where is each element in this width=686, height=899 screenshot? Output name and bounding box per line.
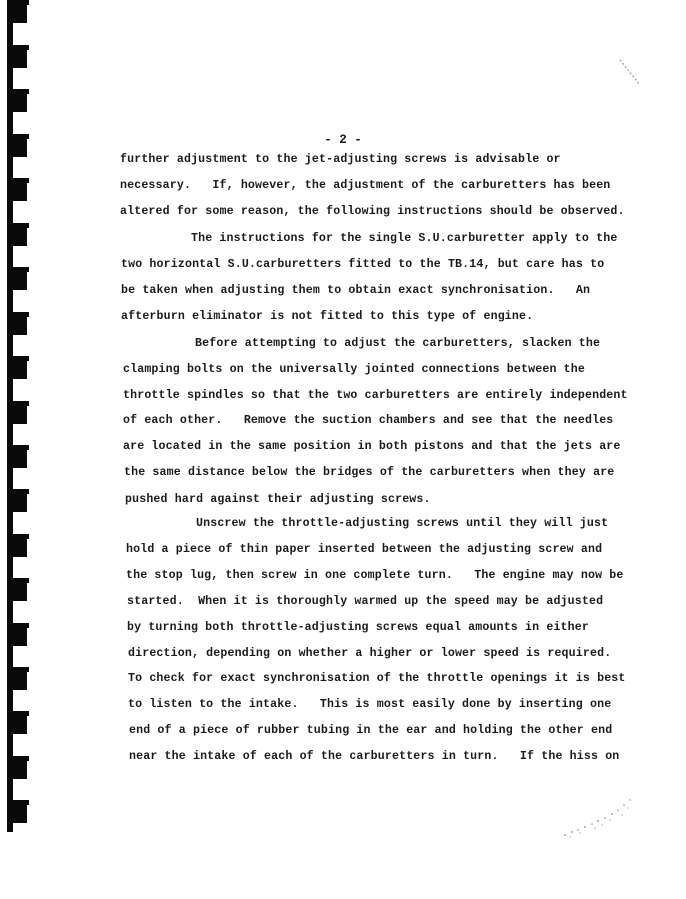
comb-binding-strip [0, 0, 30, 835]
text-line: be taken when adjusting them to obtain e… [121, 284, 590, 297]
binding-tab [7, 178, 27, 201]
binding-tab [7, 711, 27, 734]
page-number: - 2 - [0, 133, 686, 147]
text-line: of each other. Remove the suction chambe… [123, 414, 613, 427]
binding-tab [7, 0, 27, 23]
text-line: the same distance below the bridges of t… [124, 466, 614, 479]
binding-tab [7, 534, 27, 557]
binding-tab [7, 756, 27, 779]
binding-tab [7, 356, 27, 379]
text-line: pushed hard against their adjusting scre… [125, 493, 431, 506]
text-line: further adjustment to the jet-adjusting … [120, 153, 561, 166]
text-line: started. When it is thoroughly warmed up… [127, 595, 603, 608]
text-line: To check for exact synchronisation of th… [128, 672, 626, 685]
text-line: altered for some reason, the following i… [120, 205, 625, 218]
binding-tab [7, 267, 27, 290]
text-line: Unscrew the throttle-adjusting screws un… [196, 517, 608, 530]
binding-tab [7, 45, 27, 68]
text-line: by turning both throttle-adjusting screw… [127, 621, 589, 634]
text-line: direction, depending on whether a higher… [128, 647, 611, 660]
text-line: afterburn eliminator is not fitted to th… [121, 310, 533, 323]
text-line: clamping bolts on the universally jointe… [123, 363, 585, 376]
text-line: to listen to the intake. This is most ea… [128, 698, 611, 711]
text-line: near the intake of each of the carburett… [129, 750, 619, 763]
text-line: are located in the same position in both… [123, 440, 621, 453]
scan-artifact-bottom-right [550, 790, 650, 850]
binding-tab [7, 667, 27, 690]
text-line: hold a piece of thin paper inserted betw… [126, 543, 602, 556]
text-line: end of a piece of rubber tubing in the e… [129, 724, 612, 737]
binding-tab [7, 445, 27, 468]
scan-artifact-top-right [615, 55, 655, 105]
text-line: The instructions for the single S.U.carb… [191, 232, 617, 245]
binding-tab [7, 800, 27, 823]
text-line: the stop lug, then screw in one complete… [126, 569, 624, 582]
binding-tab [7, 401, 27, 424]
binding-tab [7, 578, 27, 601]
binding-tab [7, 89, 27, 112]
binding-tab [7, 312, 27, 335]
binding-tab [7, 623, 27, 646]
text-line: throttle spindles so that the two carbur… [123, 389, 628, 402]
text-line: two horizontal S.U.carburetters fitted t… [121, 258, 604, 271]
text-line: necessary. If, however, the adjustment o… [120, 179, 610, 192]
binding-tab [7, 489, 27, 512]
text-line: Before attempting to adjust the carburet… [195, 337, 600, 350]
binding-tab [7, 223, 27, 246]
